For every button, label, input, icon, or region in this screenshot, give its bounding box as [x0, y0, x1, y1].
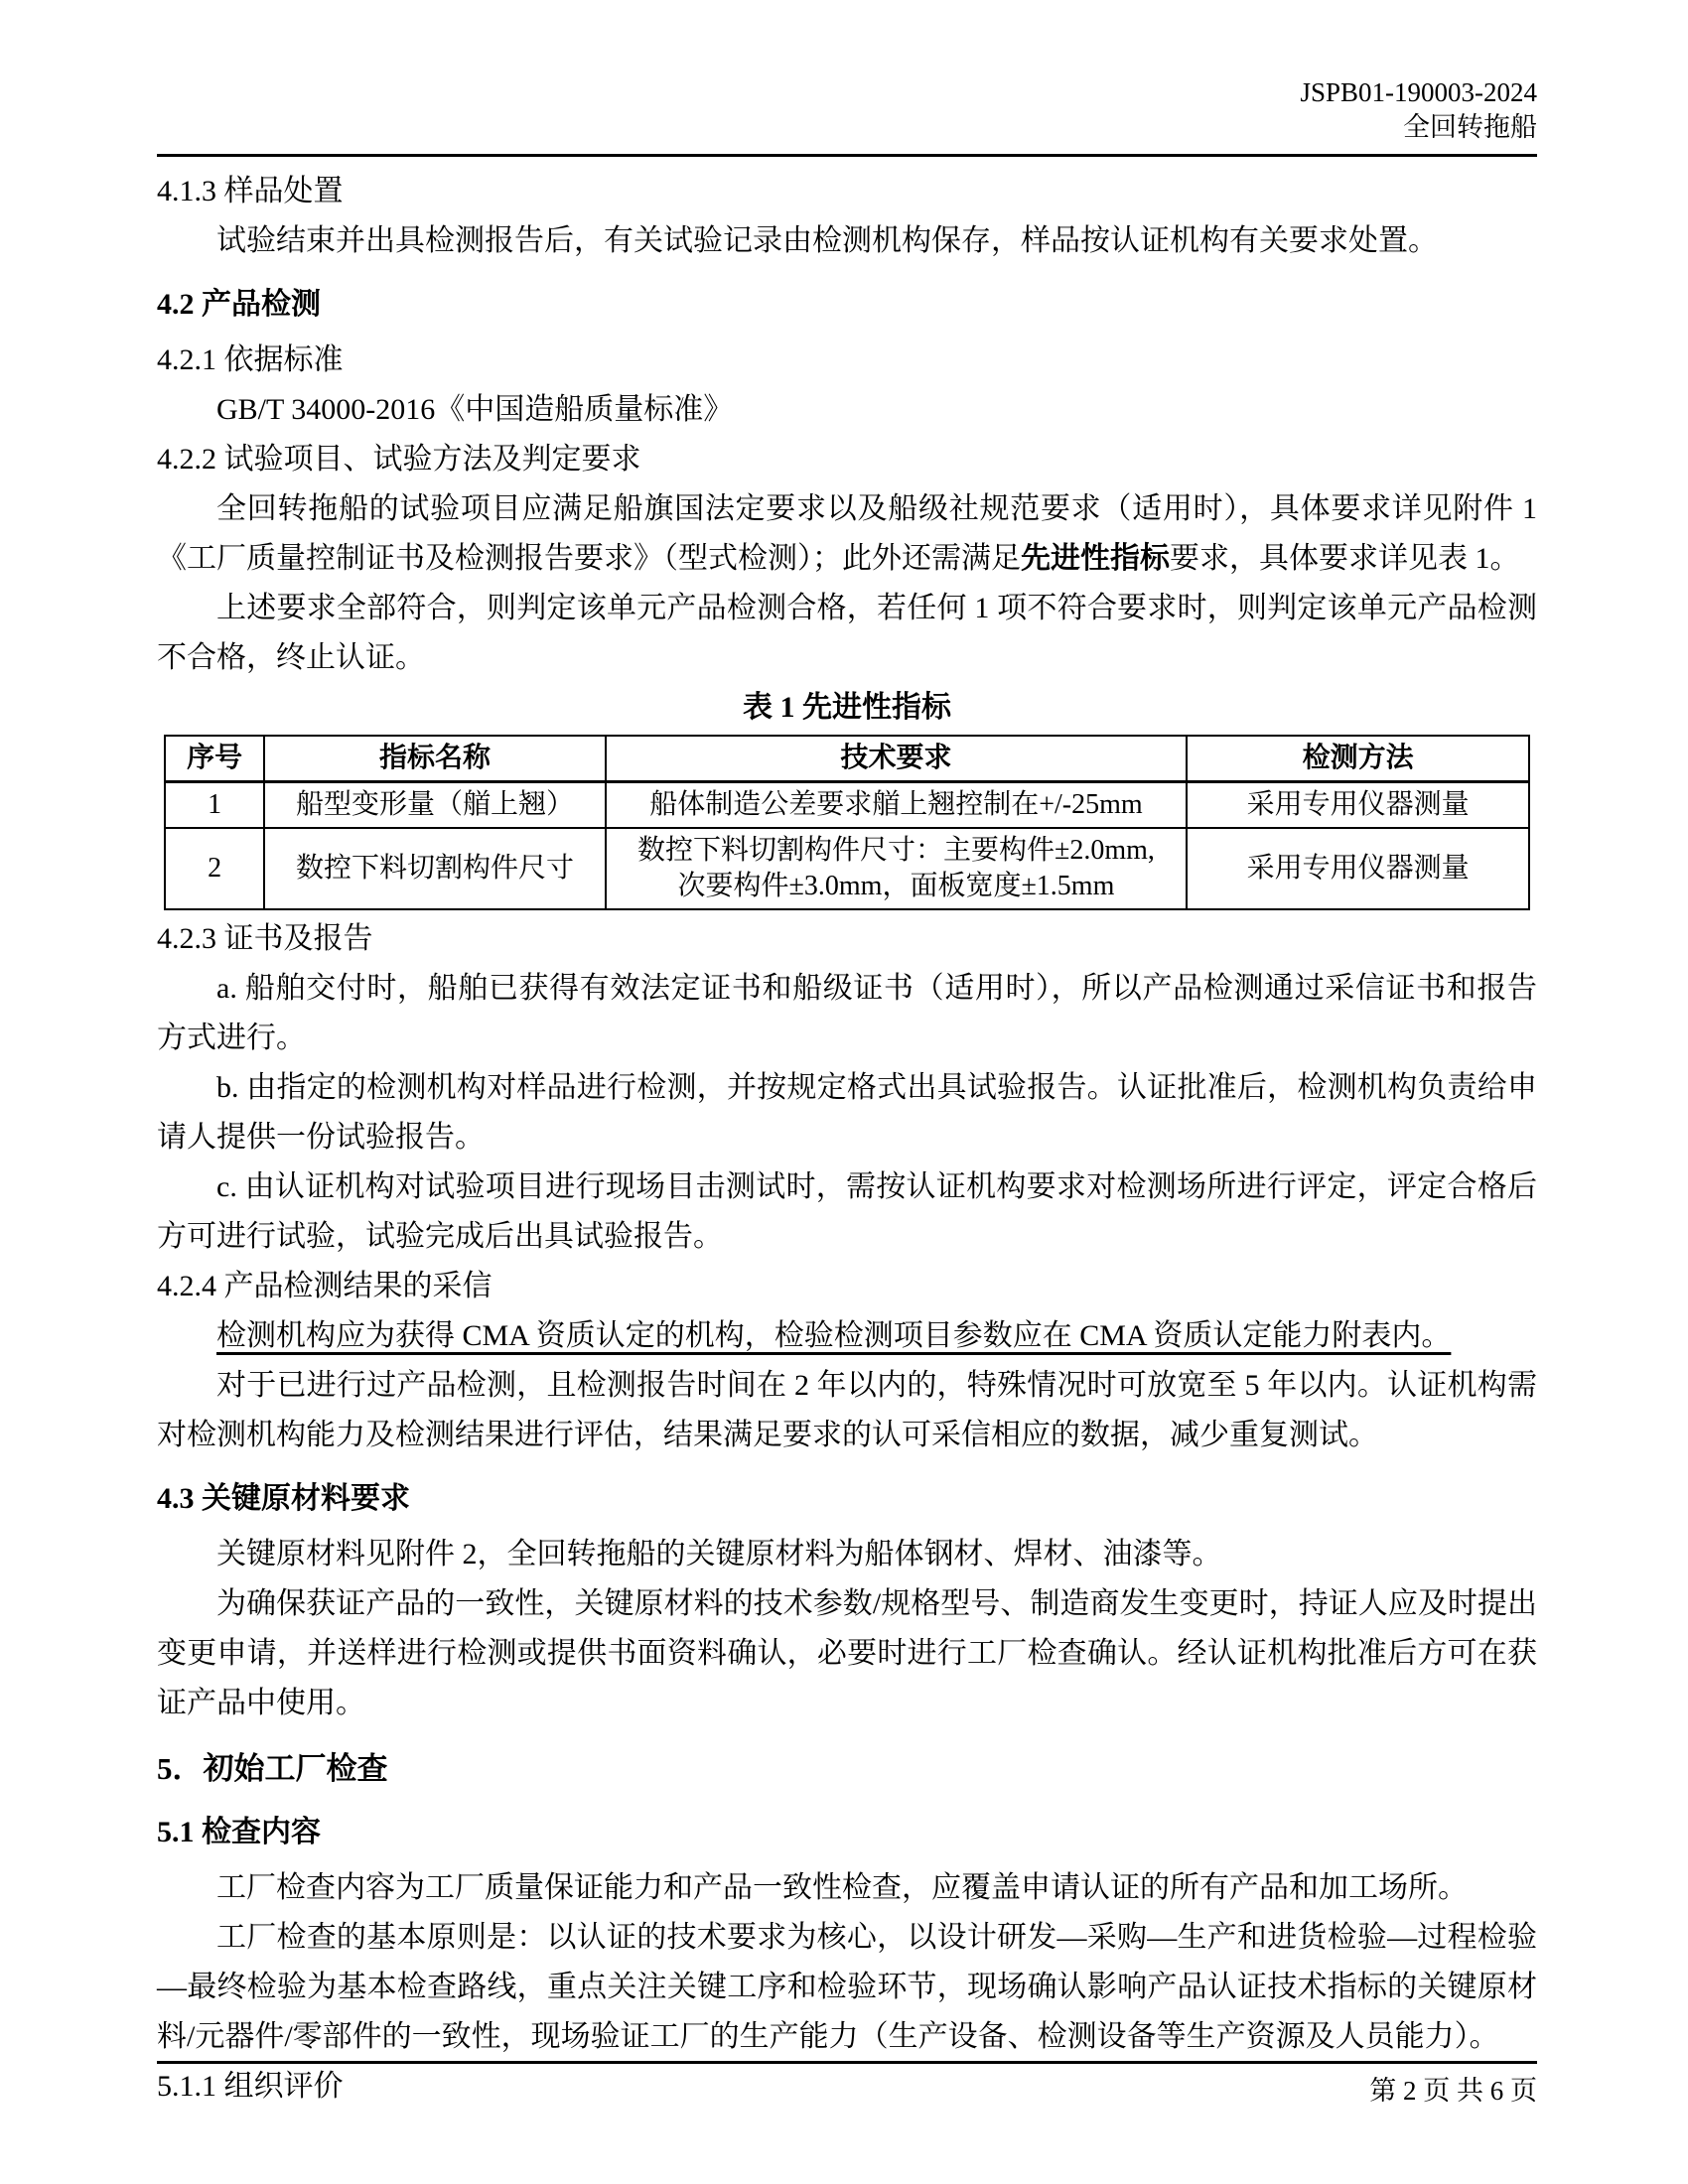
cell-test-method: 采用专用仪器测量 — [1187, 828, 1529, 909]
paragraph-sample-disposal: 试验结束并出具检测报告后，有关试验记录由检测机构保存，样品按认证机构有关要求处置… — [157, 216, 1537, 266]
cell-technical-requirement: 船体制造公差要求艏上翘控制在+/-25mm — [606, 782, 1187, 829]
page-number: 第 2 页 共 6 页 — [157, 2074, 1537, 2108]
advancement-indicator-emphasis: 先进性指标 — [1021, 542, 1170, 575]
document-body: 4.1.3 样品处置 试验结束并出具检测报告后，有关试验记录由检测机构保存，样品… — [157, 167, 1537, 2112]
paragraph-text: 要求，具体要求详见表 1。 — [1170, 542, 1520, 575]
paragraph-test-items: 全回转拖船的试验项目应满足船旗国法定要求以及船级社规范要求（适用时），具体要求详… — [157, 484, 1537, 584]
cell-indicator-name: 船型变形量（艏上翘） — [264, 782, 606, 829]
cell-test-method: 采用专用仪器测量 — [1187, 782, 1529, 829]
heading-4-1-3: 4.1.3 样品处置 — [157, 167, 1537, 216]
paragraph-judgement-rule: 上述要求全部符合，则判定该单元产品检测合格，若任何 1 项不符合要求时，则判定该… — [157, 584, 1537, 683]
heading-4-3: 4.3 关键原材料要求 — [157, 1474, 1537, 1524]
col-header-seq: 序号 — [165, 736, 264, 782]
table-row: 1 船型变形量（艏上翘） 船体制造公差要求艏上翘控制在+/-25mm 采用专用仪… — [165, 782, 1529, 829]
col-header-technical-requirement: 技术要求 — [606, 736, 1187, 782]
cell-technical-requirement: 数控下料切割构件尺寸：主要构件±2.0mm, 次要构件±3.0mm，面板宽度±1… — [606, 828, 1187, 909]
table1-advancement-indicators: 序号 指标名称 技术要求 检测方法 1 船型变形量（艏上翘） 船体制造公差要求艏… — [164, 735, 1530, 910]
heading-4-2-1: 4.2.1 依据标准 — [157, 336, 1537, 385]
paragraph-key-materials: 关键原材料见附件 2，全回转拖船的关键原材料为船体钢材、焊材、油漆等。 — [157, 1530, 1537, 1579]
paragraph-item-a: a. 船舶交付时，船舶已获得有效法定证书和船级证书（适用时），所以产品检测通过采… — [157, 964, 1537, 1063]
paragraph-standard-reference: GB/T 34000-2016《中国造船质量标准》 — [157, 385, 1537, 435]
doc-number: JSPB01-190003-2024 — [157, 75, 1537, 110]
header-divider — [157, 154, 1537, 157]
table1-title: 表 1 先进性指标 — [157, 683, 1537, 733]
paragraph-item-c: c. 由认证机构对试验项目进行现场目击测试时，需按认证机构要求对检测场所进行评定… — [157, 1162, 1537, 1262]
col-header-indicator-name: 指标名称 — [264, 736, 606, 782]
heading-5: 5．初始工厂检查 — [157, 1744, 1537, 1794]
table-row: 2 数控下料切割构件尺寸 数控下料切割构件尺寸：主要构件±2.0mm, 次要构件… — [165, 828, 1529, 909]
heading-5-1: 5.1 检查内容 — [157, 1808, 1537, 1857]
doc-product-name: 全回转拖船 — [157, 110, 1537, 145]
col-header-test-method: 检测方法 — [1187, 736, 1529, 782]
table-header-row: 序号 指标名称 技术要求 检测方法 — [165, 736, 1529, 782]
paragraph-inspection-content: 工厂检查内容为工厂质量保证能力和产品一致性检查，应覆盖申请认证的所有产品和加工场… — [157, 1863, 1537, 1913]
cell-seq: 2 — [165, 828, 264, 909]
page-footer: 第 2 页 共 6 页 — [157, 2061, 1537, 2108]
heading-4-2-3: 4.2.3 证书及报告 — [157, 914, 1537, 964]
heading-4-2-2: 4.2.2 试验项目、试验方法及判定要求 — [157, 435, 1537, 484]
page-header: JSPB01-190003-2024 全回转拖船 — [157, 75, 1537, 157]
heading-4-2-4: 4.2.4 产品检测结果的采信 — [157, 1262, 1537, 1311]
paragraph-cma-requirement: 检测机构应为获得 CMA 资质认定的机构，检验检测项目参数应在 CMA 资质认定… — [157, 1311, 1537, 1361]
heading-4-2: 4.2 产品检测 — [157, 280, 1537, 330]
cell-indicator-name: 数控下料切割构件尺寸 — [264, 828, 606, 909]
footer-divider — [157, 2061, 1537, 2064]
paragraph-inspection-principle: 工厂检查的基本原则是：以认证的技术要求为核心，以设计研发—采购—生产和进货检验—… — [157, 1913, 1537, 2062]
paragraph-item-b: b. 由指定的检测机构对样品进行检测，并按规定格式出具试验报告。认证批准后，检测… — [157, 1063, 1537, 1162]
paragraph-consistency: 为确保获证产品的一致性，关键原材料的技术参数/规格型号、制造商发生变更时，持证人… — [157, 1579, 1537, 1728]
document-page: JSPB01-190003-2024 全回转拖船 4.1.3 样品处置 试验结束… — [0, 0, 1688, 2184]
cell-seq: 1 — [165, 782, 264, 829]
paragraph-report-acceptance: 对于已进行过产品检测，且检测报告时间在 2 年以内的，特殊情况时可放宽至 5 年… — [157, 1361, 1537, 1460]
